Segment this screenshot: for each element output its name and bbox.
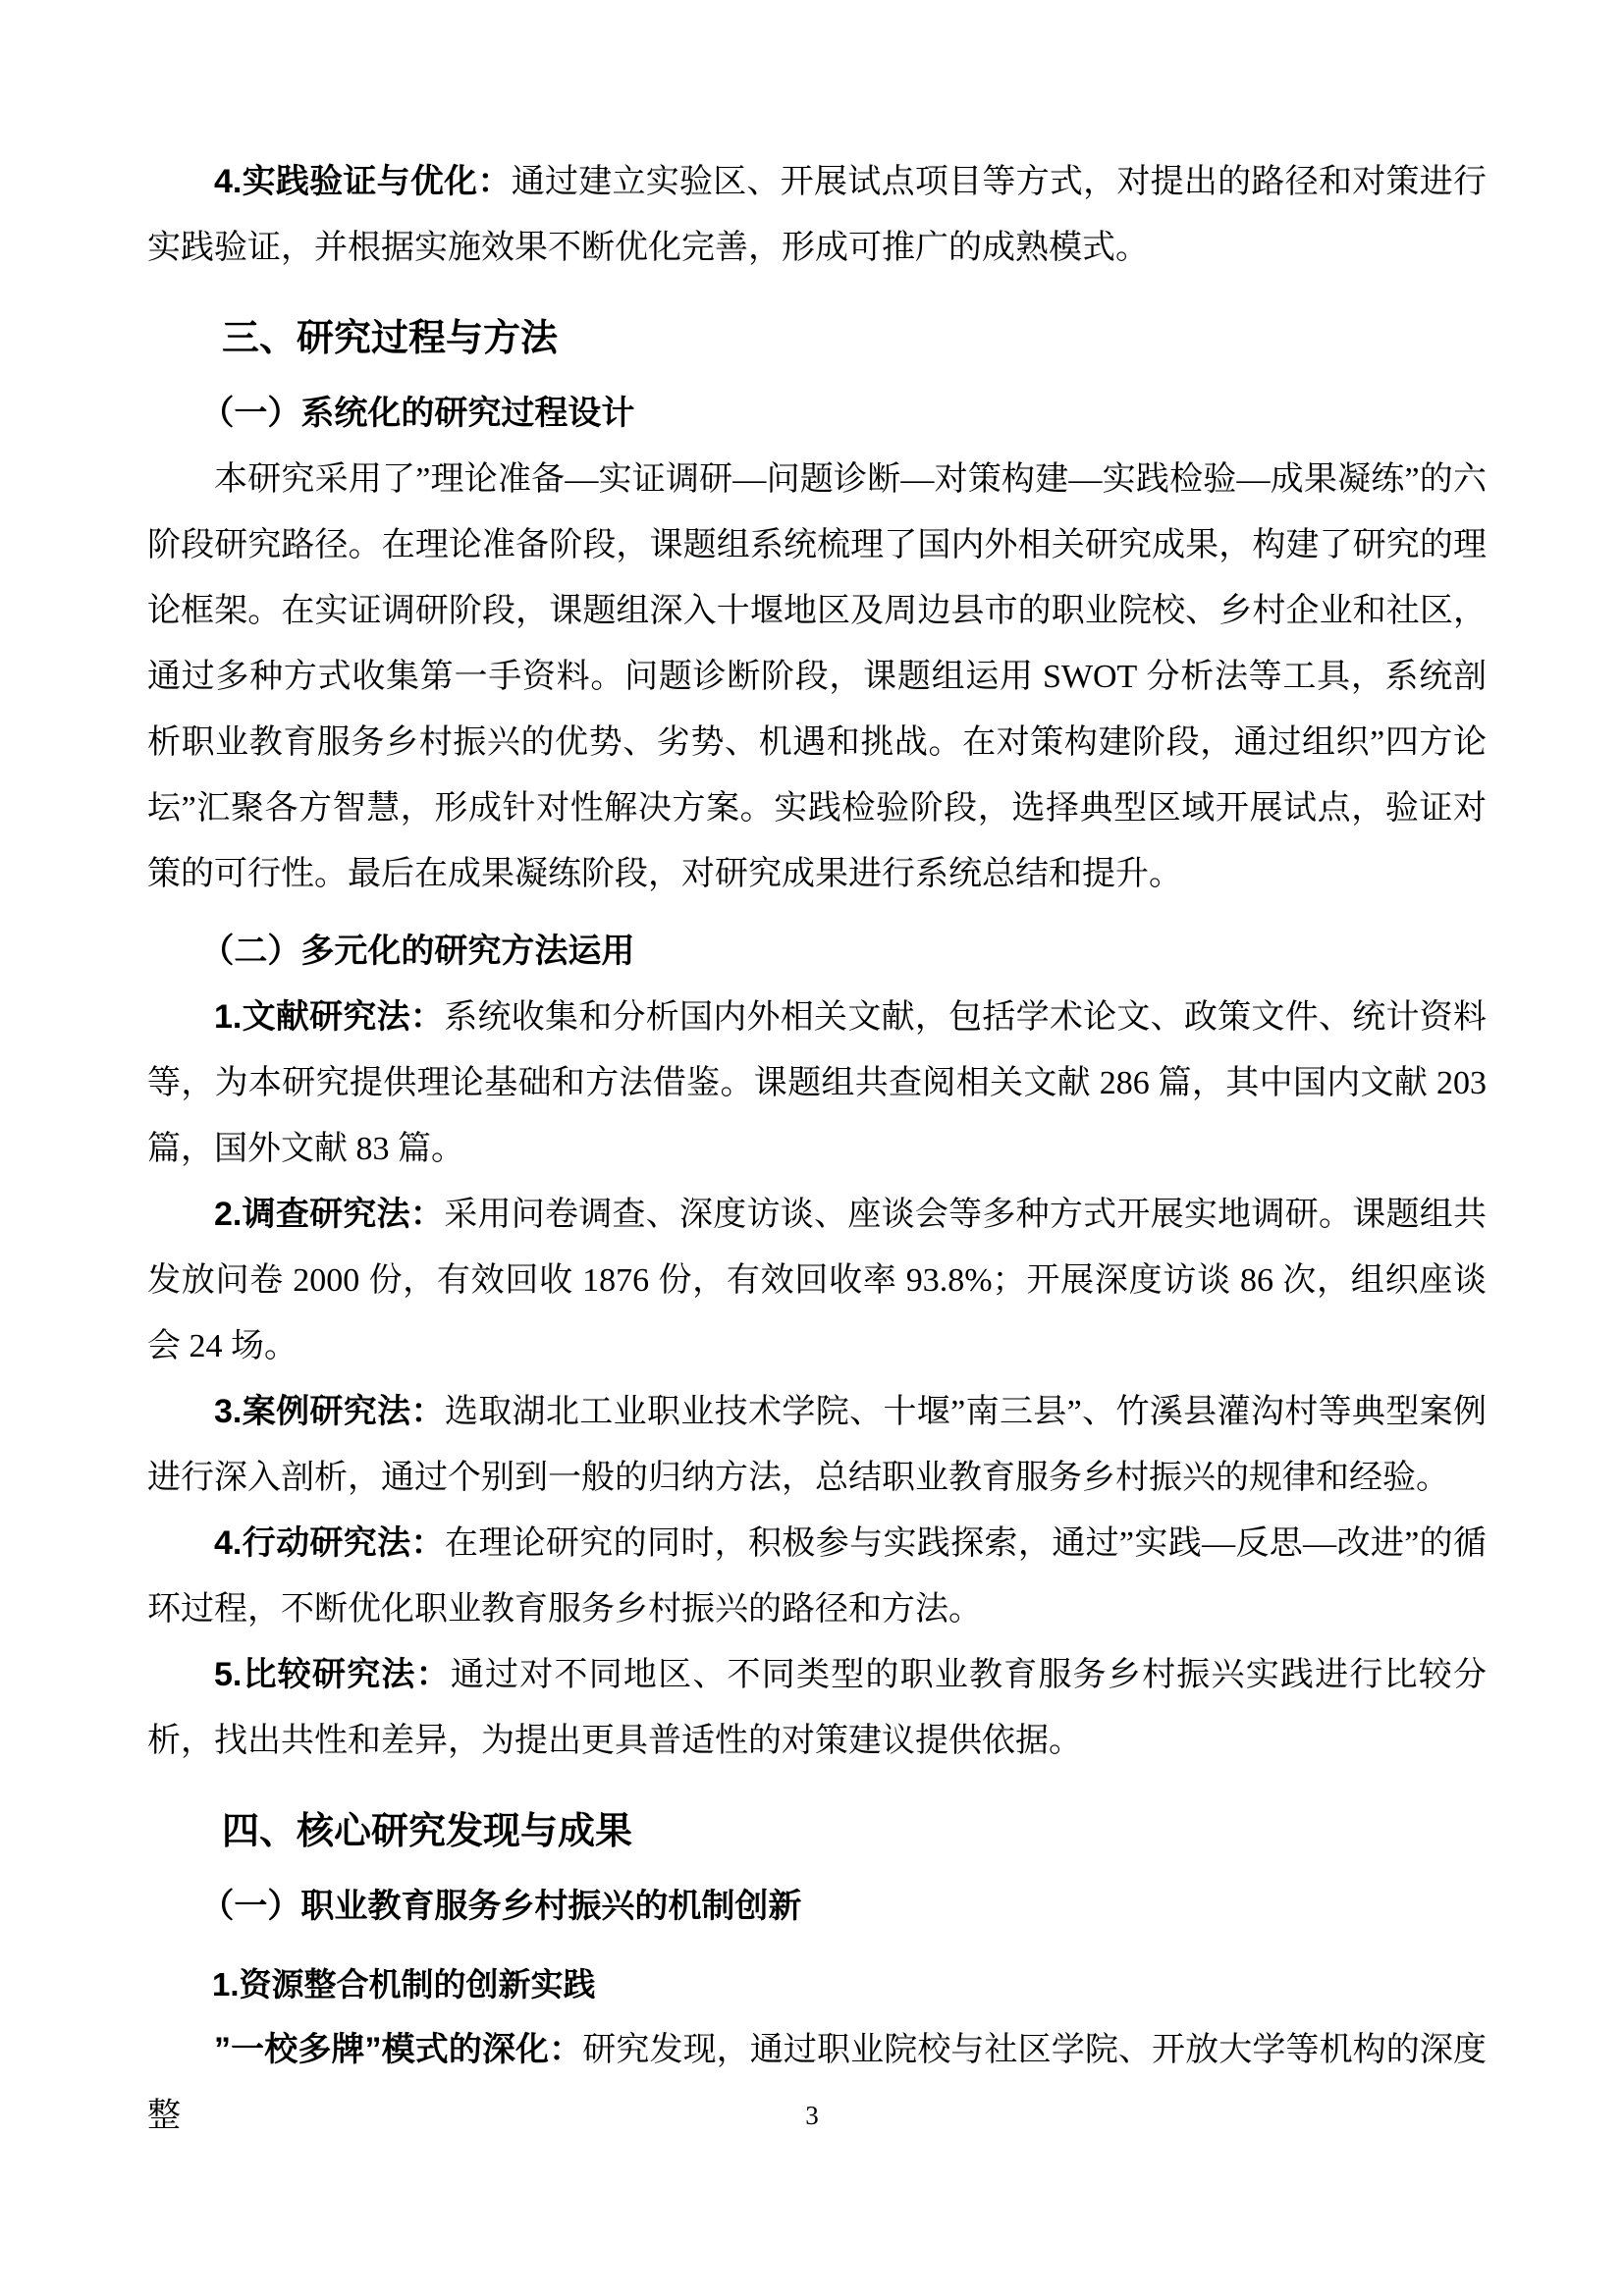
subheading-resource-integration: 1.资源整合机制的创新实践 [147, 1951, 1487, 2017]
paragraph-lead: 2.调查研究法： [214, 1196, 444, 1233]
page-number: 3 [0, 2099, 1624, 2132]
paragraph-method-case-study: 3.案例研究法：选取湖北工业职业技术学院、十堰”南三县”、竹溪县灌沟村等典型案例… [147, 1379, 1487, 1511]
paragraph-method-literature: 1.文献研究法：系统收集和分析国内外相关文献，包括学术论文、政策文件、统计资料等… [147, 985, 1487, 1182]
paragraph-method-comparative: 5.比较研究法：通过对不同地区、不同类型的职业教育服务乡村振兴实践进行比较分析，… [147, 1642, 1487, 1774]
paragraph-process-design: 本研究采用了”理论准备—实证调研—问题诊断—对策构建—实践检验—成果凝练”的六阶… [147, 447, 1487, 907]
paragraph-lead: ”一校多牌”模式的深化： [214, 2031, 582, 2068]
page-content: 4.实践验证与优化：通过建立实验区、开展试点项目等方式，对提出的路径和对策进行实… [147, 149, 1487, 2149]
paragraph-method-action-research: 4.行动研究法：在理论研究的同时，积极参与实践探索，通过”实践—反思—改进”的循… [147, 1511, 1487, 1642]
paragraph-lead: 5.比较研究法： [214, 1656, 451, 1693]
heading-section-3-research-process: 三、研究过程与方法 [147, 308, 1487, 369]
paragraph-lead: 4.行动研究法： [214, 1524, 445, 1562]
heading-section-4-core-findings: 四、核心研究发现与成果 [147, 1801, 1487, 1862]
document-page: 4.实践验证与优化：通过建立实验区、开展试点项目等方式，对提出的路径和对策进行实… [0, 0, 1624, 2296]
paragraph-lead: 1.文献研究法： [214, 998, 444, 1036]
subheading-research-methods: （二）多元化的研究方法运用 [147, 919, 1487, 985]
paragraph-practice-validation: 4.实践验证与优化：通过建立实验区、开展试点项目等方式，对提出的路径和对策进行实… [147, 149, 1487, 281]
subheading-process-design: （一）系统化的研究过程设计 [147, 381, 1487, 447]
paragraph-lead: 3.案例研究法： [214, 1393, 445, 1430]
subheading-mechanism-innovation: （一）职业教育服务乡村振兴的机制创新 [147, 1874, 1487, 1940]
paragraph-method-survey: 2.调查研究法：采用问卷调查、深度访谈、座谈会等多种方式开展实地调研。课题组共发… [147, 1182, 1487, 1379]
paragraph-lead: 4.实践验证与优化： [214, 163, 512, 200]
